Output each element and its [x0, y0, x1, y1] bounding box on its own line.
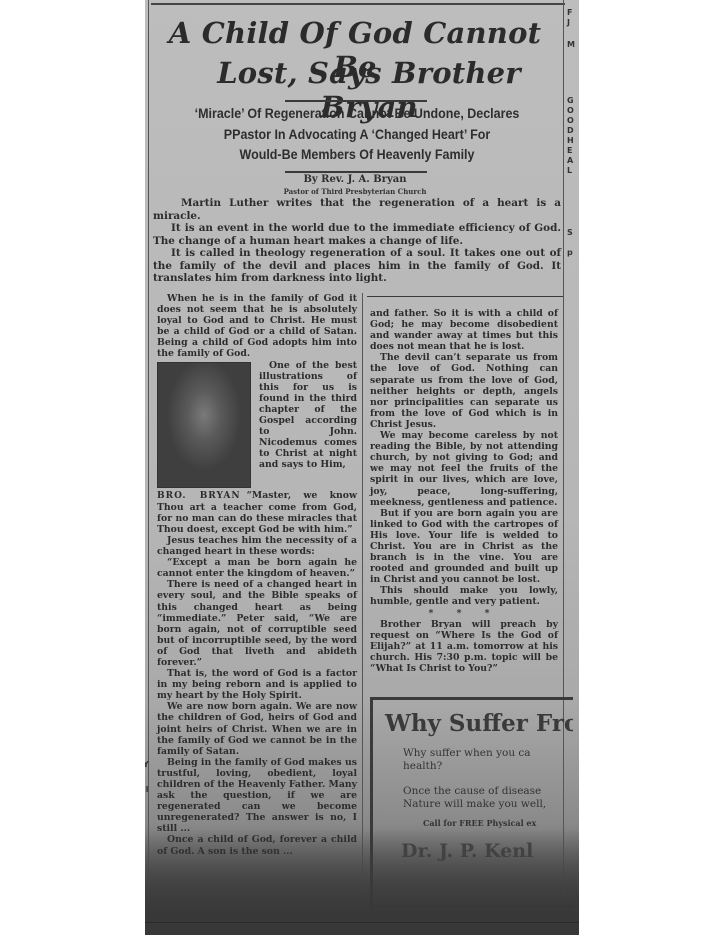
column-paragraph: We are now born again. We are now the ch… [157, 701, 357, 756]
ad-line: Why suffer when you ca [403, 747, 573, 760]
deck-line-3: Would-Be Members Of Heavenly Family [177, 145, 536, 166]
margin-letter: F [567, 8, 572, 17]
lead-paragraph: It is called in theology regeneration of… [153, 247, 561, 285]
portrait-photo-bro-bryan [157, 362, 251, 488]
photo-caption: BRO. BRYAN [157, 491, 241, 501]
photo-caption-line: BRO. BRYAN“Master, we know Thou art a te… [157, 490, 357, 535]
margin-letter: p [567, 248, 573, 257]
margin-letter: S [567, 228, 573, 237]
subheadline-deck: ‘Miracle’ Of Regeneration Cannot Be Undo… [177, 104, 536, 166]
column-paragraph: Being in the family of God makes us trus… [157, 757, 357, 835]
column-2-top-rule [367, 296, 563, 297]
byline-title: Pastor of Third Presbyterian Church [151, 187, 559, 196]
column-paragraph: That is, the word of God is a factor in … [157, 668, 357, 701]
column-paragraph: Jesus teaches him the necessity of a cha… [157, 535, 357, 557]
margin-letter: J [567, 18, 570, 27]
margin-letter: D [567, 126, 574, 135]
bottom-edge-line [145, 922, 579, 923]
deck-line-2: PPastor In Advocating A ‘Changed Heart’ … [177, 125, 536, 146]
column-paragraph: “Except a man be born again he cannot en… [157, 557, 357, 579]
ad-line: Nature will make you well, [403, 798, 573, 811]
margin-letter: H [567, 136, 574, 145]
margin-letter: A [567, 156, 573, 165]
column-paragraph: Once a child of God, forever a child of … [157, 834, 357, 856]
section-separator: * * * [370, 608, 558, 619]
lead-paragraph: Martin Luther writes that the regenerati… [153, 197, 561, 222]
top-border-rule [151, 3, 565, 5]
column-divider [362, 293, 363, 893]
sermon-announcement: Brother Bryan will preach by request on … [370, 619, 558, 674]
lead-paragraphs: Martin Luther writes that the regenerati… [153, 197, 561, 285]
column-paragraph: The devil can’t separate us from the lov… [370, 352, 558, 430]
deck-divider [285, 171, 427, 173]
margin-letter: L [567, 166, 572, 175]
column-paragraph: and father. So it is with a child of God… [370, 308, 558, 352]
ad-doctor-name: Dr. J. P. Kenl [401, 840, 533, 862]
margin-letter: ll [145, 785, 148, 794]
ad-call-to-action: Call for FREE Physical ex [423, 818, 536, 828]
column-paragraph: We may become careless by not reading th… [370, 430, 558, 508]
byline: By Rev. J. A. Bryan [151, 174, 559, 185]
ad-line: Once the cause of disease [403, 785, 573, 798]
margin-letter: E [567, 146, 572, 155]
newspaper-clipping: Y ll F J M G O O D H E A L S p A Child O… [145, 0, 579, 935]
headline-divider [285, 100, 427, 102]
column-paragraph: This should make you lowly, humble, gent… [370, 585, 558, 607]
column-paragraph: But if you are born again you are linked… [370, 508, 558, 586]
column-paragraph: When he is in the family of God it does … [157, 293, 357, 360]
article-column-2: and father. So it is with a child of God… [370, 308, 558, 674]
article-column-1: When he is in the family of God it does … [157, 293, 357, 857]
ad-line: health? [403, 760, 573, 773]
deck-line-1: ‘Miracle’ Of Regeneration Cannot Be Undo… [177, 104, 536, 125]
left-adjacent-column-fragment: Y ll [145, 0, 151, 900]
margin-letter: Y [145, 760, 149, 769]
advertisement-box: Why Suffer Fro Why suffer when you ca he… [370, 697, 573, 908]
lead-paragraph: It is an event in the world due to the i… [153, 222, 561, 247]
margin-letter: M [567, 40, 575, 49]
ad-title: Why Suffer Fro [385, 710, 573, 737]
column-paragraph: There is need of a changed heart in ever… [157, 579, 357, 668]
